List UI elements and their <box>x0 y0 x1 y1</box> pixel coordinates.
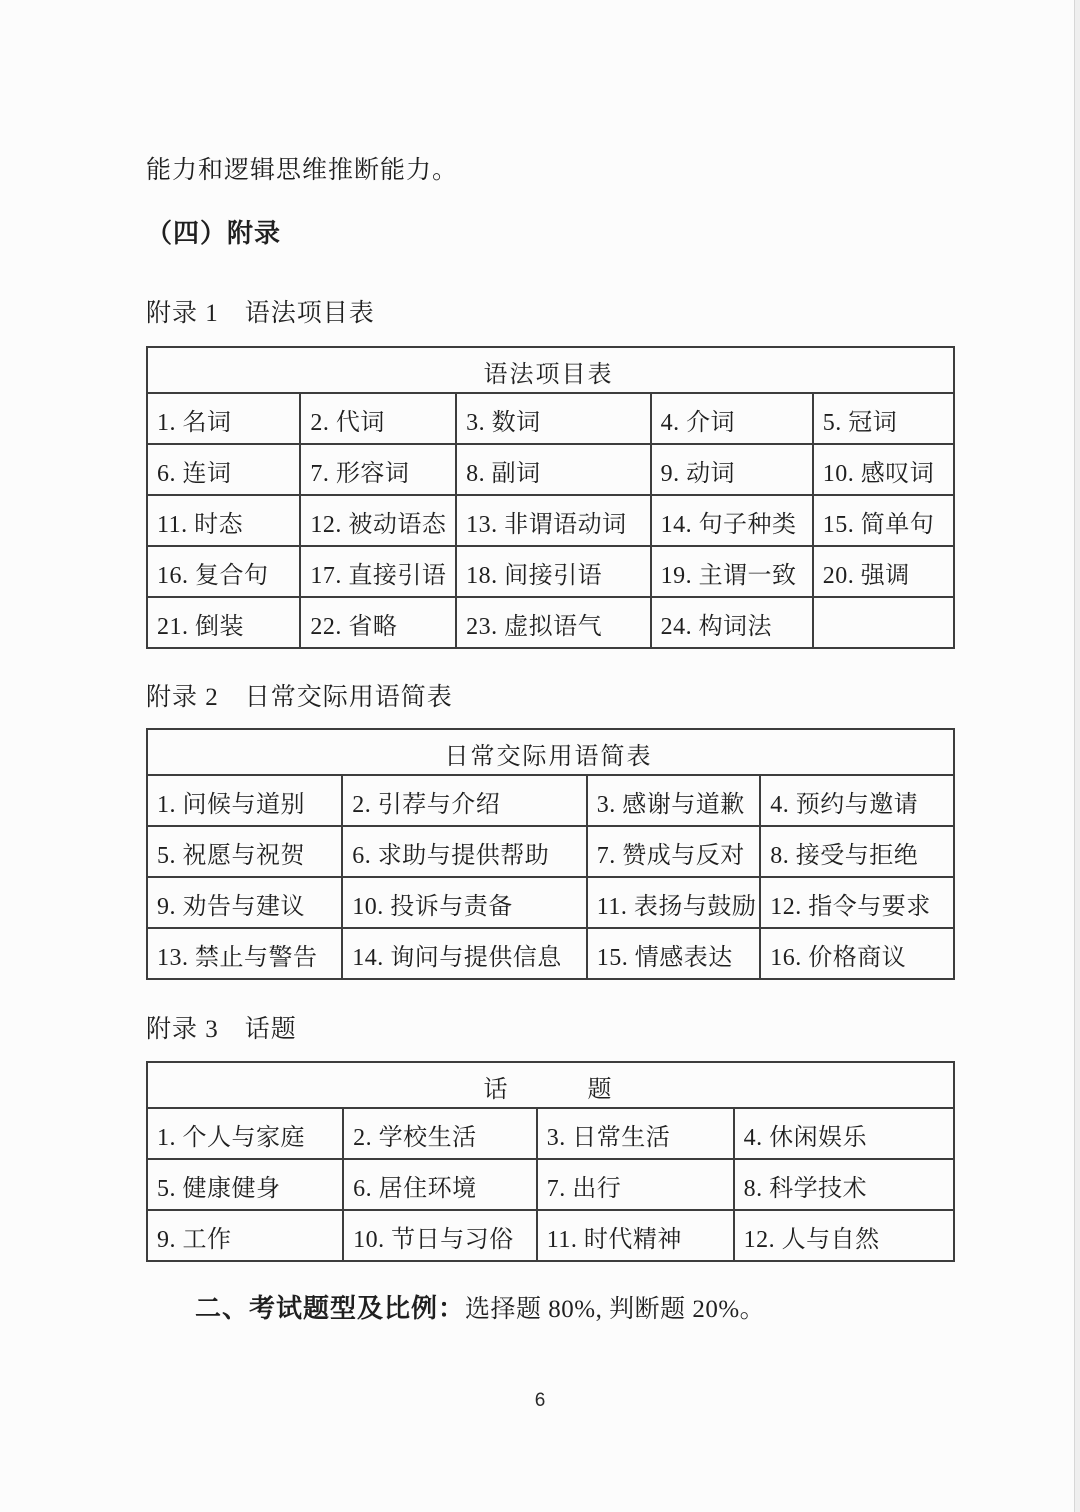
table-cell: 24. 构词法 <box>651 597 813 648</box>
exam-type-label: 二、考试题型及比例： <box>195 1293 465 1323</box>
table-row: 5. 健康健身6. 居住环境7. 出行8. 科学技术 <box>147 1159 954 1210</box>
table-cell: 2. 学校生活 <box>343 1108 537 1159</box>
table-cell: 6. 居住环境 <box>343 1159 537 1210</box>
page-number: 6 <box>0 1390 1080 1412</box>
table-title: 日常交际用语简表 <box>147 729 954 775</box>
exam-type-value: 选择题 80%, 判断题 20%。 <box>465 1296 765 1323</box>
appendix2-caption: 附录 2 日常交际用语简表 <box>146 677 955 713</box>
table-row: 9. 劝告与建议10. 投诉与责备11. 表扬与鼓励12. 指令与要求 <box>147 877 954 928</box>
table-cell: 10. 投诉与责备 <box>342 877 587 928</box>
table-cell: 12. 指令与要求 <box>760 877 954 928</box>
table-cell: 4. 介词 <box>651 393 813 444</box>
table-cell: 5. 健康健身 <box>147 1159 343 1210</box>
table-cell: 6. 求助与提供帮助 <box>342 826 587 877</box>
table-cell: 3. 感谢与道歉 <box>587 775 761 826</box>
table-cell: 1. 个人与家庭 <box>147 1108 343 1159</box>
table-cell: 16. 复合句 <box>147 546 300 597</box>
table-cell: 22. 省略 <box>300 597 456 648</box>
table-cell: 3. 日常生活 <box>537 1108 734 1159</box>
intro-text: 能力和逻辑思维推断能力。 <box>146 150 955 186</box>
topics-table-wrap: 话 题 1. 个人与家庭2. 学校生活3. 日常生活4. 休闲娱乐5. 健康健身… <box>146 1061 955 1262</box>
table-cell: 8. 接受与拒绝 <box>760 826 954 877</box>
appendix3-caption: 附录 3 话题 <box>146 1009 955 1045</box>
table-cell: 5. 祝愿与祝贺 <box>147 826 342 877</box>
table-cell: 12. 被动语态 <box>300 495 456 546</box>
table-cell: 14. 句子种类 <box>651 495 813 546</box>
table-cell: 4. 预约与邀请 <box>760 775 954 826</box>
table-row: 21. 倒装22. 省略23. 虚拟语气24. 构词法 <box>147 597 954 648</box>
table-cell: 2. 引荐与介绍 <box>342 775 587 826</box>
communication-phrases-table: 日常交际用语简表 1. 问候与道别2. 引荐与介绍3. 感谢与道歉4. 预约与邀… <box>146 728 955 980</box>
communication-phrases-table-wrap: 日常交际用语简表 1. 问候与道别2. 引荐与介绍3. 感谢与道歉4. 预约与邀… <box>146 728 955 980</box>
table-title-row: 语法项目表 <box>147 347 954 393</box>
table-row: 1. 问候与道别2. 引荐与介绍3. 感谢与道歉4. 预约与邀请 <box>147 775 954 826</box>
table-cell: 8. 副词 <box>456 444 650 495</box>
table-title-row: 话 题 <box>147 1062 954 1108</box>
table-row: 1. 个人与家庭2. 学校生活3. 日常生活4. 休闲娱乐 <box>147 1108 954 1159</box>
table-row: 13. 禁止与警告14. 询问与提供信息15. 情感表达16. 价格商议 <box>147 928 954 979</box>
table-cell: 5. 冠词 <box>813 393 954 444</box>
table-cell: 11. 表扬与鼓励 <box>587 877 761 928</box>
appendix1-caption: 附录 1 语法项目表 <box>146 293 955 329</box>
table-cell: 11. 时态 <box>147 495 300 546</box>
table-cell: 19. 主谓一致 <box>651 546 813 597</box>
table-cell: 13. 禁止与警告 <box>147 928 342 979</box>
table-cell: 9. 劝告与建议 <box>147 877 342 928</box>
table-cell: 11. 时代精神 <box>537 1210 734 1261</box>
table-cell: 13. 非谓语动词 <box>456 495 650 546</box>
table-cell: 10. 节日与习俗 <box>343 1210 537 1261</box>
grammar-items-table: 语法项目表 1. 名词2. 代词3. 数词4. 介词5. 冠词6. 连词7. 形… <box>146 346 955 649</box>
document-page: 能力和逻辑思维推断能力。 （四）附录 附录 1 语法项目表 语法项目表 1. 名… <box>0 0 1080 1512</box>
table-row: 1. 名词2. 代词3. 数词4. 介词5. 冠词 <box>147 393 954 444</box>
table-cell: 10. 感叹词 <box>813 444 954 495</box>
table-cell: 18. 间接引语 <box>456 546 650 597</box>
table-cell: 15. 简单句 <box>813 495 954 546</box>
table-cell: 17. 直接引语 <box>300 546 456 597</box>
table-cell: 7. 形容词 <box>300 444 456 495</box>
topics-table: 话 题 1. 个人与家庭2. 学校生活3. 日常生活4. 休闲娱乐5. 健康健身… <box>146 1061 955 1262</box>
exam-type-line: 二、考试题型及比例：选择题 80%, 判断题 20%。 <box>146 1288 955 1325</box>
page-edge-shadow <box>1074 0 1080 1512</box>
table-title: 语法项目表 <box>147 347 954 393</box>
table-cell: 2. 代词 <box>300 393 456 444</box>
table-cell: 3. 数词 <box>456 393 650 444</box>
table-cell: 1. 名词 <box>147 393 300 444</box>
table-cell: 9. 工作 <box>147 1210 343 1261</box>
table-cell: 23. 虚拟语气 <box>456 597 650 648</box>
table-cell: 8. 科学技术 <box>734 1159 954 1210</box>
table-cell: 1. 问候与道别 <box>147 775 342 826</box>
grammar-items-table-wrap: 语法项目表 1. 名词2. 代词3. 数词4. 介词5. 冠词6. 连词7. 形… <box>146 346 955 649</box>
table-cell: 4. 休闲娱乐 <box>734 1108 954 1159</box>
section-heading: （四）附录 <box>146 213 955 250</box>
table-cell: 7. 出行 <box>537 1159 734 1210</box>
table-row: 11. 时态12. 被动语态13. 非谓语动词14. 句子种类15. 简单句 <box>147 495 954 546</box>
table-title-row: 日常交际用语简表 <box>147 729 954 775</box>
table-title: 话 题 <box>147 1062 954 1108</box>
table-cell <box>813 597 954 648</box>
table-cell: 21. 倒装 <box>147 597 300 648</box>
table-cell: 15. 情感表达 <box>587 928 761 979</box>
table-cell: 20. 强调 <box>813 546 954 597</box>
page-content: 能力和逻辑思维推断能力。 （四）附录 附录 1 语法项目表 语法项目表 1. 名… <box>0 0 1080 1325</box>
table-row: 5. 祝愿与祝贺6. 求助与提供帮助7. 赞成与反对8. 接受与拒绝 <box>147 826 954 877</box>
table-row: 9. 工作10. 节日与习俗11. 时代精神12. 人与自然 <box>147 1210 954 1261</box>
table-cell: 14. 询问与提供信息 <box>342 928 587 979</box>
table-row: 6. 连词7. 形容词8. 副词9. 动词10. 感叹词 <box>147 444 954 495</box>
table-cell: 7. 赞成与反对 <box>587 826 761 877</box>
table-cell: 12. 人与自然 <box>734 1210 954 1261</box>
table-cell: 16. 价格商议 <box>760 928 954 979</box>
table-cell: 9. 动词 <box>651 444 813 495</box>
table-row: 16. 复合句17. 直接引语18. 间接引语19. 主谓一致20. 强调 <box>147 546 954 597</box>
table-cell: 6. 连词 <box>147 444 300 495</box>
